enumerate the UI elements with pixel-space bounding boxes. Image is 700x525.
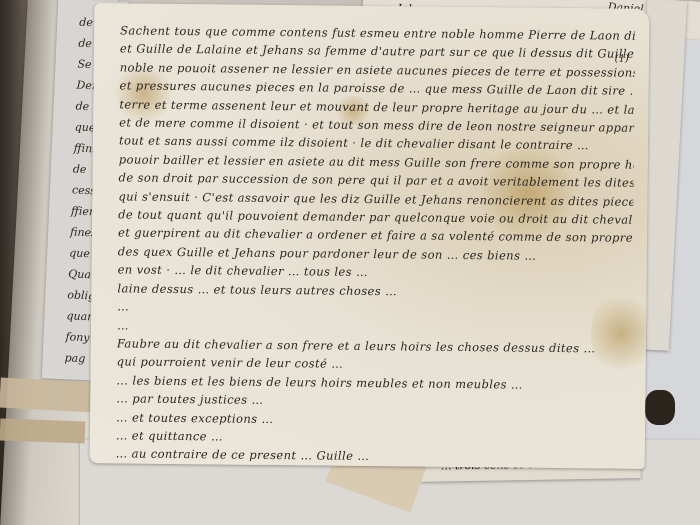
charter-text: Sachent tous que comme contens fust esme…	[115, 21, 635, 469]
left-tape-strip	[0, 419, 85, 444]
main-charter-document: (1) Sachent tous que comme contens fust …	[90, 3, 650, 469]
torn-hole	[645, 390, 675, 425]
left-tape-strip	[0, 378, 96, 413]
